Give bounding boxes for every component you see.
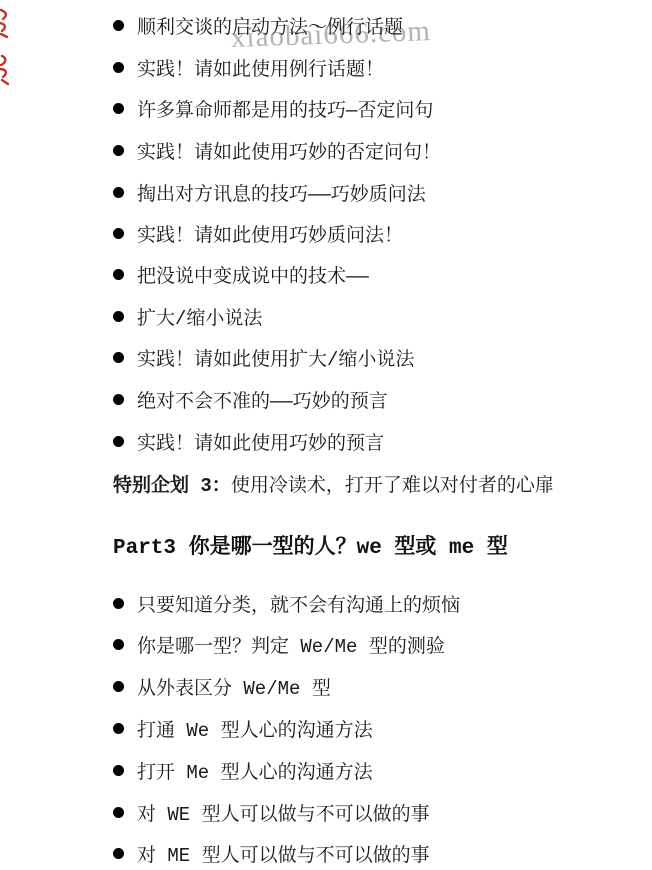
bullet-icon <box>113 103 124 114</box>
list-item: 对 WE 型人可以做与不可以做的事 <box>113 799 430 825</box>
list-item: 你是哪一型？判定 We/Me 型的测验 <box>113 631 445 657</box>
list-item: 顺利交谈的启动方法～例行话题 <box>113 12 403 38</box>
list-item-text: 你是哪一型？判定 We/Me 型的测验 <box>137 631 445 658</box>
bullet-icon <box>113 311 124 322</box>
list-item: 只要知道分类，就不会有沟通上的烦恼 <box>113 590 460 616</box>
document-page: xiaobai666.com 顺利交谈的启动方法～例行话题 实践！请如此使用例行… <box>0 0 652 870</box>
list-item-text: 实践！请如此使用巧妙质问法！ <box>137 220 403 247</box>
list-item-text: 实践！请如此使用扩大/缩小说法 <box>137 344 414 371</box>
list-item-text: 打开 Me 型人心的沟通方法 <box>137 757 373 784</box>
list-item-text: 实践！请如此使用例行话题！ <box>137 54 384 81</box>
bullet-icon <box>113 269 124 280</box>
bullet-icon <box>113 228 124 239</box>
bullet-icon <box>113 848 124 859</box>
bullet-icon <box>113 394 124 405</box>
list-item-text: 顺利交谈的启动方法～例行话题 <box>137 12 403 39</box>
list-item-text: 扩大/缩小说法 <box>137 303 262 330</box>
list-item-text: 对 WE 型人可以做与不可以做的事 <box>137 799 430 826</box>
list-item: 掏出对方讯息的技巧——巧妙质问法 <box>113 179 426 205</box>
bullet-icon <box>113 807 124 818</box>
red-stamp-fragment-icon <box>0 54 12 86</box>
list-item: 从外表区分 We/Me 型 <box>113 673 331 699</box>
list-item-text: 绝对不会不准的——巧妙的预言 <box>137 386 388 413</box>
list-item: 实践！请如此使用巧妙质问法！ <box>113 220 403 246</box>
bullet-icon <box>113 723 124 734</box>
list-item: 扩大/缩小说法 <box>113 303 262 329</box>
list-item-text: 只要知道分类，就不会有沟通上的烦恼 <box>137 590 460 617</box>
bullet-icon <box>113 681 124 692</box>
list-item: 打通 We 型人心的沟通方法 <box>113 715 373 741</box>
special-plan-text: 使用冷读术，打开了难以对付者的心扉 <box>231 470 554 497</box>
list-item: 绝对不会不准的——巧妙的预言 <box>113 386 388 412</box>
list-item: 打开 Me 型人心的沟通方法 <box>113 757 373 783</box>
list-item-text: 实践！请如此使用巧妙的预言 <box>137 428 384 455</box>
list-item-text: 掏出对方讯息的技巧——巧妙质问法 <box>137 179 426 206</box>
list-item-text: 对 ME 型人可以做与不可以做的事 <box>137 840 430 867</box>
bullet-icon <box>113 598 124 609</box>
bullet-icon <box>113 352 124 363</box>
bullet-icon <box>113 145 124 156</box>
bullet-icon <box>113 20 124 31</box>
list-item: 实践！请如此使用巧妙的预言 <box>113 428 384 454</box>
list-item-text: 实践！请如此使用巧妙的否定问句！ <box>137 137 441 164</box>
bullet-icon <box>113 436 124 447</box>
list-item-text: 打通 We 型人心的沟通方法 <box>137 715 373 742</box>
bullet-icon <box>113 62 124 73</box>
bullet-icon <box>113 187 124 198</box>
special-plan-line: 特别企划 3：使用冷读术，打开了难以对付者的心扉 <box>113 470 554 496</box>
list-item-text: 许多算命师都是用的技巧—否定问句 <box>137 95 433 122</box>
list-item: 许多算命师都是用的技巧—否定问句 <box>113 95 433 121</box>
part3-heading: Part3 你是哪一型的人？we 型或 me 型 <box>113 530 508 560</box>
bullet-icon <box>113 765 124 776</box>
list-item: 实践！请如此使用巧妙的否定问句！ <box>113 137 441 163</box>
list-item: 对 ME 型人可以做与不可以做的事 <box>113 840 430 866</box>
list-item-text: 从外表区分 We/Me 型 <box>137 673 331 700</box>
list-item-text: 把没说中变成说中的技术—— <box>137 261 369 288</box>
bullet-icon <box>113 639 124 650</box>
list-item: 把没说中变成说中的技术—— <box>113 261 369 287</box>
special-plan-label: 特别企划 3： <box>113 470 231 497</box>
red-stamp-fragment-icon <box>0 7 12 39</box>
list-item: 实践！请如此使用扩大/缩小说法 <box>113 344 414 370</box>
list-item: 实践！请如此使用例行话题！ <box>113 54 384 80</box>
